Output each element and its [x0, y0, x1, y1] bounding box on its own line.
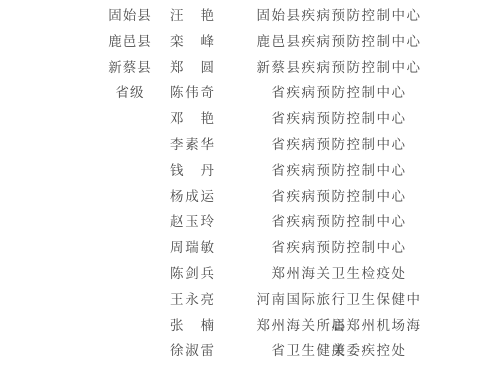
unit-cell: 郑州海关卫生检疫处 [250, 262, 428, 288]
name-cell: 李素华 [170, 133, 214, 159]
list-row: 赵玉玲 省疾病预防控制中心 [0, 210, 499, 236]
name-cell: 郑 圆 [170, 56, 214, 82]
list-row: 邓 艳 省疾病预防控制中心 [0, 107, 499, 133]
name-cell: 张 楠 [170, 314, 214, 340]
unit-cell: 省疾病预防控制中心 [250, 159, 428, 185]
unit-cell: 省疾病预防控制中心 [250, 210, 428, 236]
personnel-list: 固始县 汪 艳 固始县疾病预防控制中心 鹿邑县 栾 峰 鹿邑县疾病预防控制中心 … [0, 4, 499, 365]
region-cell: 新蔡县 [100, 56, 160, 82]
region-cell: 固始县 [100, 4, 160, 30]
list-row: 杨成运 省疾病预防控制中心 [0, 185, 499, 211]
list-row: 李素华 省疾病预防控制中心 [0, 133, 499, 159]
list-row: 王永亮 河南国际旅行卫生保健中心 [0, 288, 499, 314]
list-row: 周瑞敏 省疾病预防控制中心 [0, 236, 499, 262]
list-row: 钱 丹 省疾病预防控制中心 [0, 159, 499, 185]
list-row: 张 楠 郑州海关所属郑州机场海关 [0, 314, 499, 340]
list-row: 新蔡县 郑 圆 新蔡县疾病预防控制中心 [0, 56, 499, 82]
name-cell: 汪 艳 [170, 4, 214, 30]
unit-cell: 省疾病预防控制中心 [250, 133, 428, 159]
list-row: 固始县 汪 艳 固始县疾病预防控制中心 [0, 4, 499, 30]
name-cell: 赵玉玲 [170, 210, 214, 236]
unit-cell: 固始县疾病预防控制中心 [250, 4, 428, 30]
unit-cell: 省疾病预防控制中心 [250, 81, 428, 107]
region-cell: 鹿邑县 [100, 30, 160, 56]
name-cell: 钱 丹 [170, 159, 214, 185]
unit-cell: 省疾病预防控制中心 [250, 185, 428, 211]
list-row: 陈剑兵 郑州海关卫生检疫处 [0, 262, 499, 288]
unit-cell: 省疾病预防控制中心 [250, 107, 428, 133]
region-cell: 省级 [100, 81, 160, 107]
list-row: 省级 陈伟奇 省疾病预防控制中心 [0, 81, 499, 107]
unit-cell: 新蔡县疾病预防控制中心 [250, 56, 428, 82]
unit-cell: 省疾病预防控制中心 [250, 236, 428, 262]
name-cell: 周瑞敏 [170, 236, 214, 262]
name-cell: 陈剑兵 [170, 262, 214, 288]
name-cell: 栾 峰 [170, 30, 214, 56]
name-cell: 王永亮 [170, 288, 214, 314]
list-row: 徐淑雷 省卫生健康委疾控处 [0, 339, 499, 365]
name-cell: 徐淑雷 [170, 339, 214, 365]
name-cell: 邓 艳 [170, 107, 214, 133]
name-cell: 陈伟奇 [170, 81, 214, 107]
list-row: 鹿邑县 栾 峰 鹿邑县疾病预防控制中心 [0, 30, 499, 56]
unit-cell: 省卫生健康委疾控处 [250, 339, 428, 365]
name-cell: 杨成运 [170, 185, 214, 211]
unit-cell: 鹿邑县疾病预防控制中心 [250, 30, 428, 56]
